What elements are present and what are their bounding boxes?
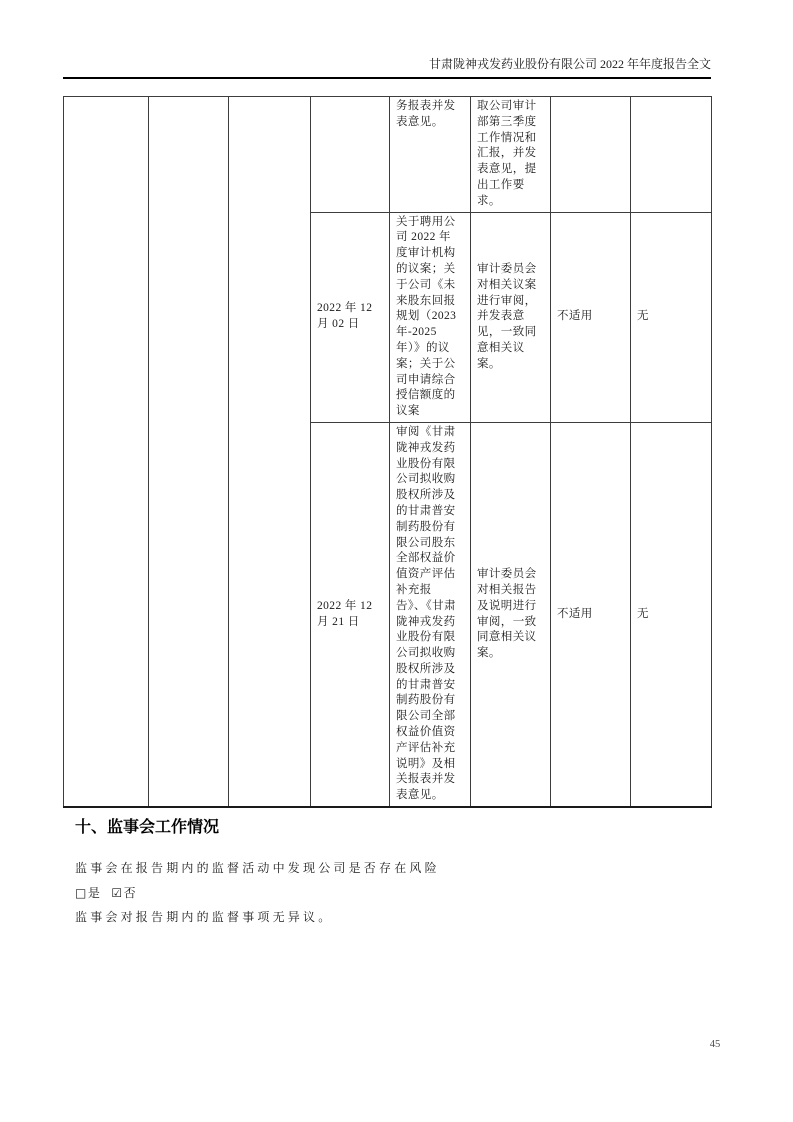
meeting-content-cell: 务报表并发表意见。 bbox=[390, 97, 471, 213]
meeting-date-cell: 2022 年 12 月 21 日 bbox=[311, 422, 390, 807]
risk-question-text: 监事会在报告期内的监督活动中发现公司是否存在风险 bbox=[75, 860, 440, 876]
merged-empty-cell-2 bbox=[149, 97, 229, 808]
header-rule bbox=[63, 77, 711, 79]
other-cell-2 bbox=[631, 97, 712, 213]
checkbox-yes-label: 是 bbox=[88, 886, 102, 900]
other-cell-1 bbox=[551, 97, 631, 213]
audit-committee-meetings-table: 务报表并发表意见。 取公司审计部第三季度工作情况和汇报，并发表意见，提出工作要求… bbox=[63, 96, 712, 808]
meeting-content-cell: 审阅《甘肃陇神戎发药业股份有限公司拟收购股权所涉及的甘肃普安制药股份有限公司股东… bbox=[390, 422, 471, 807]
running-header: 甘肃陇神戎发药业股份有限公司 2022 年年度报告全文 bbox=[63, 56, 711, 72]
checkbox-unchecked-icon: □ bbox=[75, 886, 88, 900]
checkbox-yes-option: □是 bbox=[75, 885, 101, 901]
other-cell-1: 不适用 bbox=[551, 422, 631, 807]
review-opinion-cell: 审计委员会对相关议案进行审阅，并发表意见，一致同意相关议案。 bbox=[471, 212, 551, 422]
merged-empty-cell-3 bbox=[229, 97, 311, 808]
page-number: 45 bbox=[700, 1039, 730, 1050]
other-cell-1: 不适用 bbox=[551, 212, 631, 422]
other-cell-2: 无 bbox=[631, 212, 712, 422]
section-heading: 十、监事会工作情况 bbox=[75, 818, 219, 838]
checkbox-line: □是☑否 bbox=[75, 885, 137, 901]
meeting-content-cell: 关于聘用公司 2022 年度审计机构的议案；关于公司《未来股东回报规划（2023… bbox=[390, 212, 471, 422]
other-cell-2: 无 bbox=[631, 422, 712, 807]
checkbox-no-label: 否 bbox=[124, 886, 138, 900]
merged-empty-cell-1 bbox=[64, 97, 149, 808]
meeting-date-cell: 2022 年 12 月 02 日 bbox=[311, 212, 390, 422]
checkbox-no-option: ☑否 bbox=[111, 885, 137, 901]
meeting-date-cell bbox=[311, 97, 390, 213]
review-opinion-cell: 取公司审计部第三季度工作情况和汇报，并发表意见，提出工作要求。 bbox=[471, 97, 551, 213]
report-page: 甘肃陇神戎发药业股份有限公司 2022 年年度报告全文 务报表并发表意见。 取公… bbox=[0, 0, 793, 1122]
header-title: 甘肃陇神戎发药业股份有限公司 2022 年年度报告全文 bbox=[429, 57, 711, 71]
review-opinion-cell: 审计委员会对相关报告及说明进行审阅，一致同意相关议案。 bbox=[471, 422, 551, 807]
checkbox-checked-icon: ☑ bbox=[111, 886, 123, 900]
table-row: 务报表并发表意见。 取公司审计部第三季度工作情况和汇报，并发表意见，提出工作要求… bbox=[64, 97, 712, 213]
no-objection-statement: 监事会对报告期内的监督事项无异议。 bbox=[75, 909, 333, 925]
